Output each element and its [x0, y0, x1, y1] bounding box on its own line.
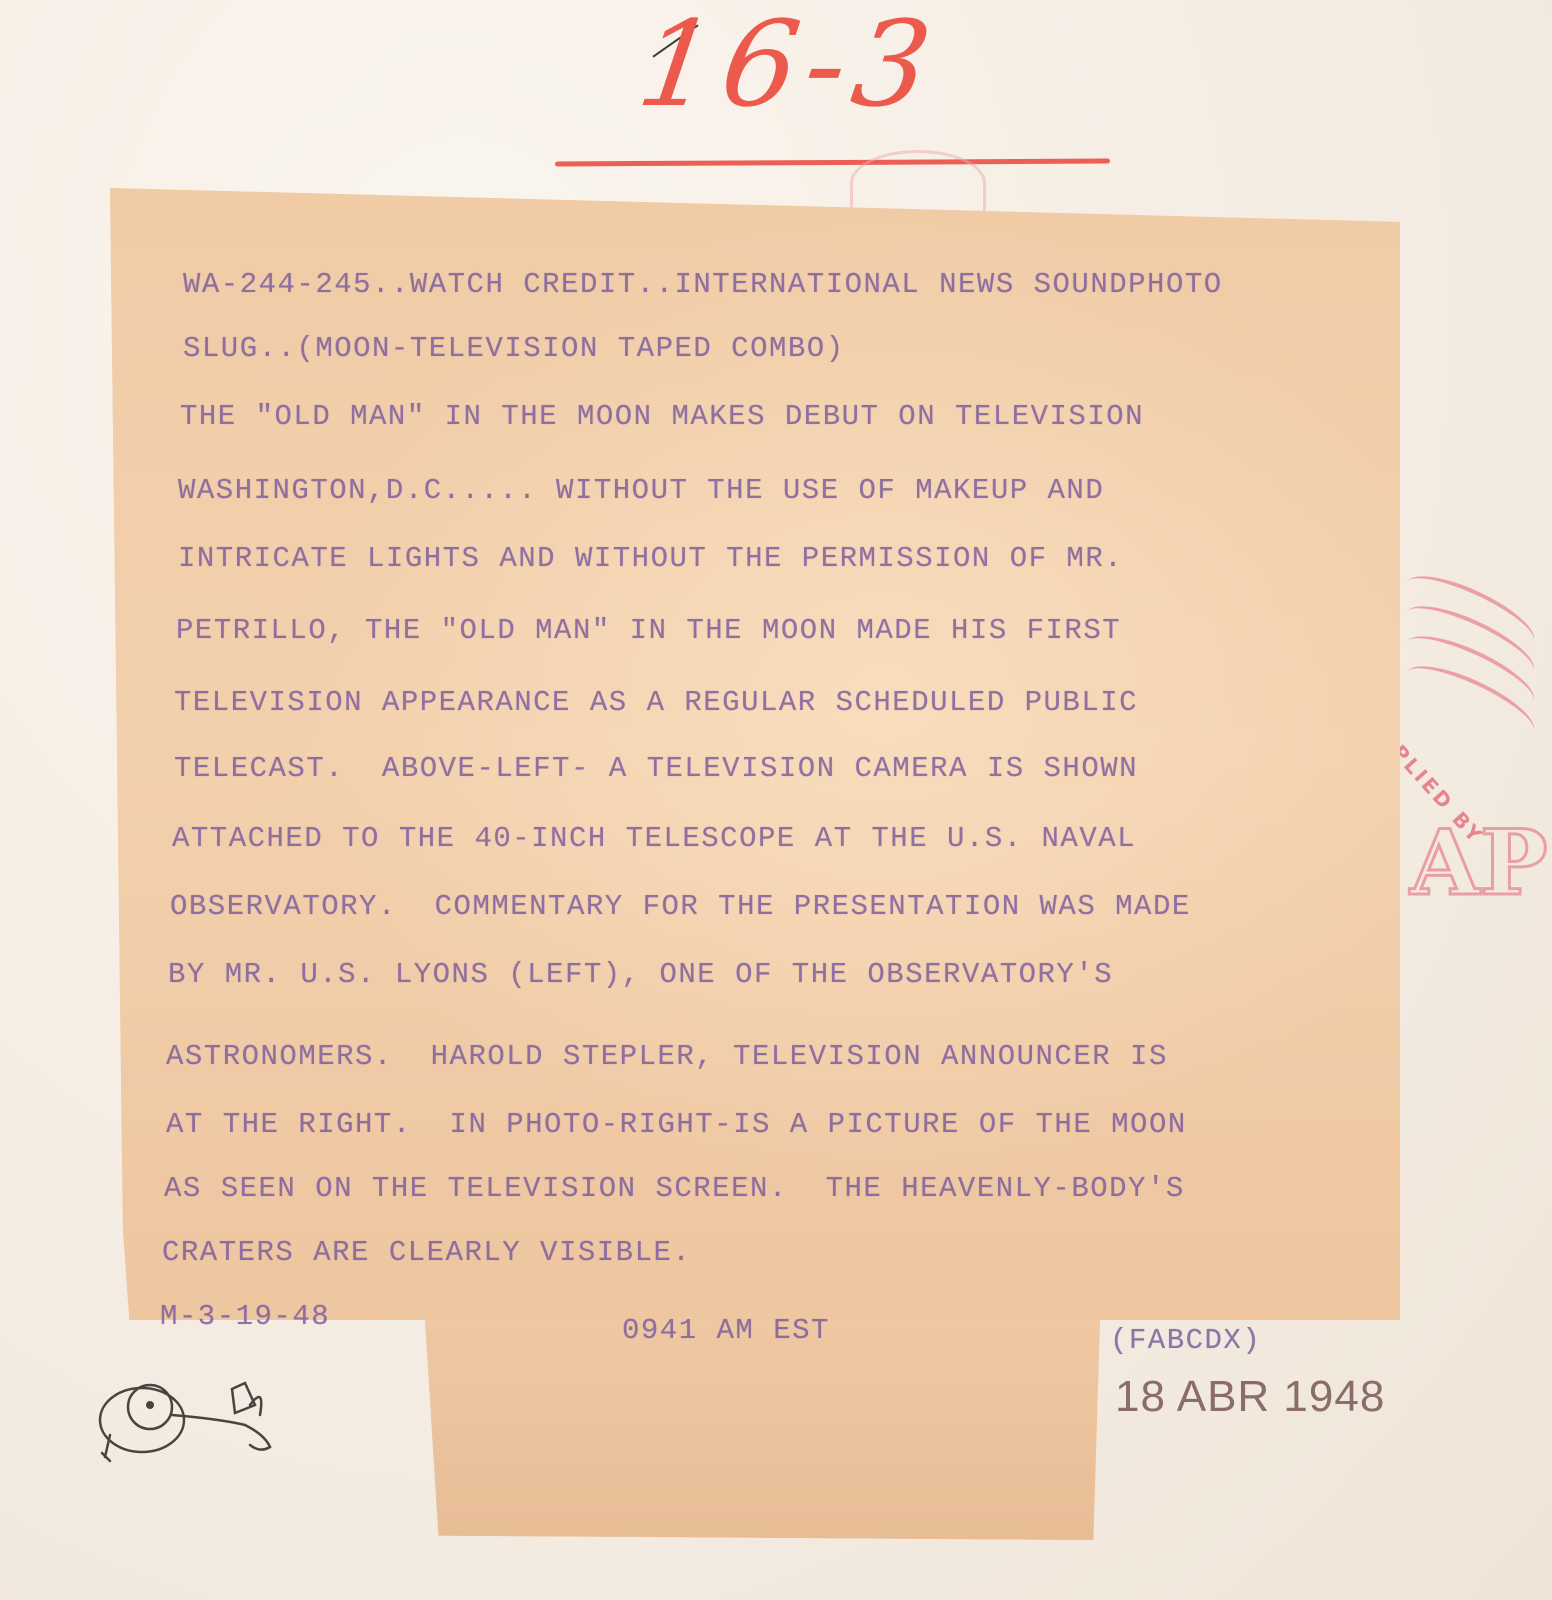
footer-time: 0941 AM EST: [622, 1314, 830, 1347]
caption-line: AS SEEN ON THE TELEVISION SCREEN. THE HE…: [164, 1172, 1185, 1205]
tape-strip: [425, 1320, 1100, 1540]
footer-routing: (FABCDX): [1110, 1324, 1261, 1357]
stamp-top-fragment: [850, 150, 986, 216]
caption-line: ASTRONOMERS. HAROLD STEPLER, TELEVISION …: [166, 1040, 1168, 1073]
caption-line: OBSERVATORY. COMMENTARY FOR THE PRESENTA…: [170, 890, 1191, 923]
caption-line: BY MR. U.S. LYONS (LEFT), ONE OF THE OBS…: [168, 958, 1113, 991]
caption-line: TELEVISION APPEARANCE AS A REGULAR SCHED…: [174, 686, 1138, 719]
caption-line: INTRICATE LIGHTS AND WITHOUT THE PERMISS…: [178, 542, 1123, 575]
caption-line: TELECAST. ABOVE-LEFT- A TELEVISION CAMER…: [174, 752, 1138, 785]
caption-line: CRATERS ARE CLEARLY VISIBLE.: [162, 1236, 691, 1269]
caption-line: AT THE RIGHT. IN PHOTO-RIGHT-IS A PICTUR…: [166, 1108, 1187, 1141]
caption-line: THE "OLD MAN" IN THE MOON MAKES DEBUT ON…: [180, 400, 1144, 433]
caption-line: WASHINGTON,D.C..... WITHOUT THE USE OF M…: [178, 474, 1104, 507]
caption-line: SLUG..(MOON-TELEVISION TAPED COMBO): [183, 332, 845, 365]
footer-code: M-3-19-48: [160, 1300, 330, 1333]
caption-line: PETRILLO, THE "OLD MAN" IN THE MOON MADE…: [176, 614, 1121, 647]
stamp-logo-icon: AP: [1410, 810, 1548, 916]
received-date-stamp: 18 ABR 1948: [1115, 1372, 1385, 1422]
caption-line: ATTACHED TO THE 40-INCH TELESCOPE AT THE…: [172, 822, 1136, 855]
handwritten-number: 16-3: [632, 5, 946, 123]
red-underline: [555, 159, 1110, 167]
caption-line: WA-244-245..WATCH CREDIT..INTERNATIONAL …: [183, 268, 1223, 301]
pencil-doodle-icon: [80, 1375, 290, 1475]
